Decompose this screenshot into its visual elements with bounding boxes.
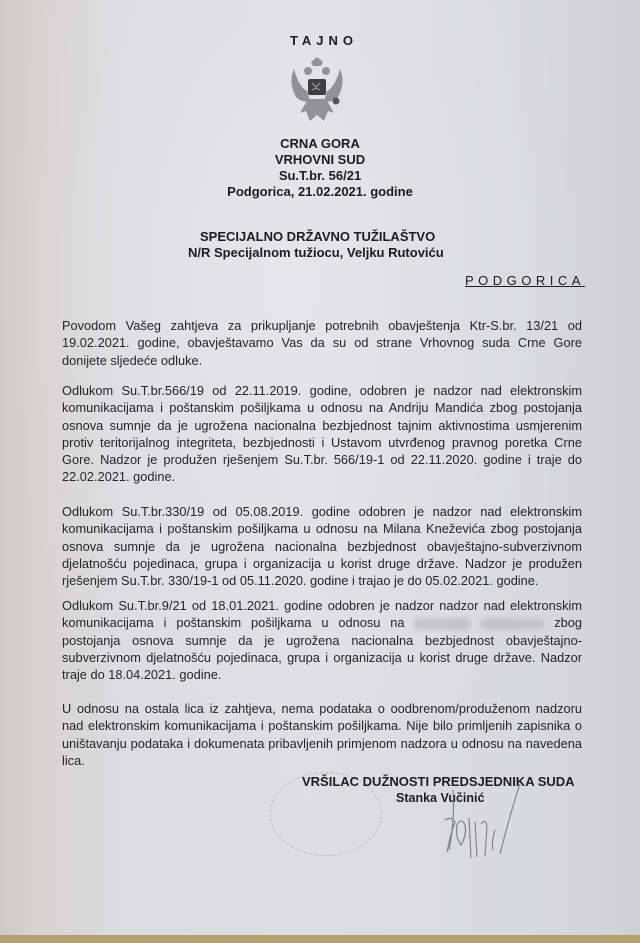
addressee-office: SPECIJALNO DRŽAVNO TUŽILAŠTVO	[200, 229, 435, 244]
addressee-attention: N/R Specijalnom tužiocu, Veljku Rutoviću	[188, 245, 444, 260]
paragraph-request: Povodom Vašeg zahtjeva za prikupljanje p…	[62, 317, 582, 369]
montenegro-coat-of-arms-icon	[286, 55, 348, 127]
paragraph-other-persons: U odnosu na ostala lica iz zahtjeva, nem…	[62, 700, 582, 769]
table-surface	[0, 935, 640, 943]
paragraph-decision-330: Odlukom Su.T.br.330/19 od 05.08.2019. go…	[62, 503, 582, 589]
reference-number: Su.T.br. 56/21	[0, 168, 640, 183]
addressee-city: PODGORICA	[465, 273, 585, 288]
classification-label: TAJNO	[0, 33, 640, 48]
redacted-name	[414, 618, 470, 630]
paragraph-decision-566: Odlukom Su.T.br.566/19 od 22.11.2019. go…	[62, 382, 582, 486]
paragraph-decision-9: Odlukom Su.T.br.9/21 od 18.01.2021. godi…	[62, 597, 582, 683]
redacted-surname	[480, 618, 544, 630]
handwritten-signature	[395, 780, 535, 890]
court-name: VRHOVNI SUD	[0, 152, 640, 167]
country-name: CRNA GORA	[0, 136, 640, 151]
place-date: Podgorica, 21.02.2021. godine	[0, 184, 640, 199]
